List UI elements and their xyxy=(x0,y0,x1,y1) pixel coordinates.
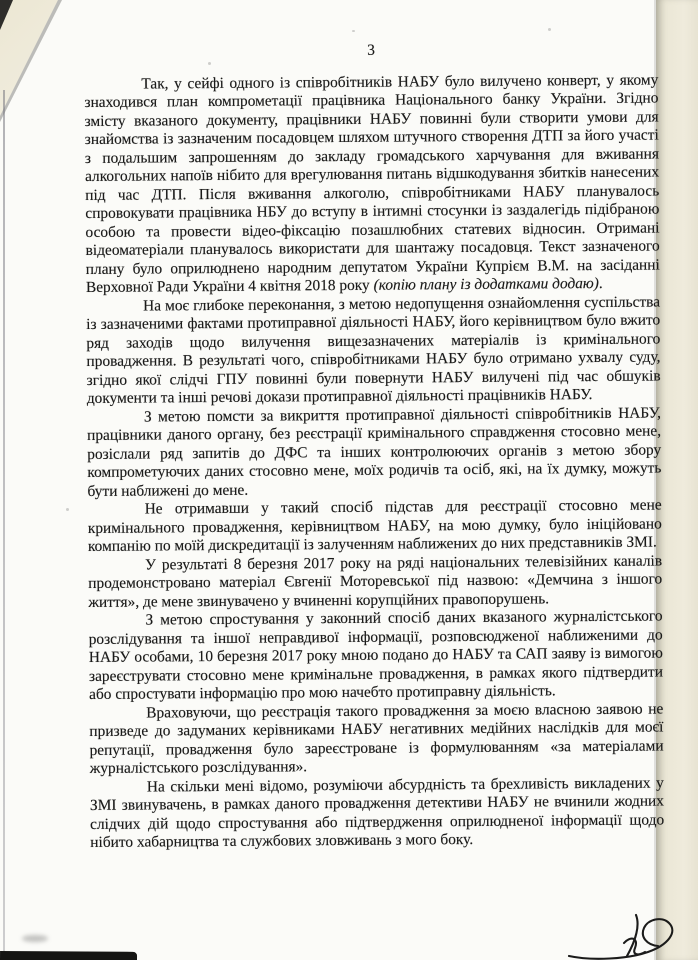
page-number: 3 xyxy=(84,39,658,62)
paragraph-segment: На скільки мені відомо, розуміючи абсурд… xyxy=(90,774,664,851)
scan-smudge xyxy=(22,935,48,942)
paragraph: На скільки мені відомо, розуміючи абсурд… xyxy=(90,774,665,853)
paragraph: На моє глибоке переконання, з метою недо… xyxy=(86,293,661,409)
paragraph: З метою помсти за викриття протиправної … xyxy=(87,404,662,501)
document-text-area: 3 Так, у сейфі одного із співробітників … xyxy=(84,39,664,852)
paragraph-segment: Враховуючи, що реєстрація такого провадж… xyxy=(89,700,663,777)
paragraph: Враховуючи, що реєстрація такого провадж… xyxy=(89,700,664,779)
paragraph-segment: На моє глибоке переконання, з метою недо… xyxy=(86,293,661,407)
left-scan-line xyxy=(3,90,5,960)
paragraph: З метою спростування у законний спосіб д… xyxy=(88,607,663,704)
scan-speck xyxy=(548,28,551,31)
paragraph-segment: . xyxy=(599,275,603,292)
corner-underpage-wedge xyxy=(0,0,58,116)
paragraph-segment: З метою помсти за викриття протиправної … xyxy=(87,404,661,500)
paragraph: Не отримавши у такий спосіб підстав для … xyxy=(88,496,662,556)
scan-speck xyxy=(352,30,355,32)
paragraph-segment: У результаті 8 березня 2017 року на ряді… xyxy=(88,552,662,611)
paragraph-segment-italic: (копію плану із додатками додаю) xyxy=(373,275,598,294)
paragraph-segment: Так, у сейфі одного із співробітників НА… xyxy=(84,71,659,296)
paragraph: Так, у сейфі одного із співробітників НА… xyxy=(84,71,660,298)
document-body: Так, у сейфі одного із співробітників НА… xyxy=(84,71,664,852)
paragraph-segment: З метою спростування у законний спосіб д… xyxy=(89,607,663,703)
paragraph: У результаті 8 березня 2017 року на ряді… xyxy=(88,552,662,612)
scanned-document-page: 3 Так, у сейфі одного із співробітників … xyxy=(0,0,698,960)
signature-scribble xyxy=(566,912,684,960)
bottom-scan-bar xyxy=(0,951,137,960)
scan-speck xyxy=(66,508,69,511)
paragraph-segment: Не отримавши у такий спосіб підстав для … xyxy=(88,496,662,555)
